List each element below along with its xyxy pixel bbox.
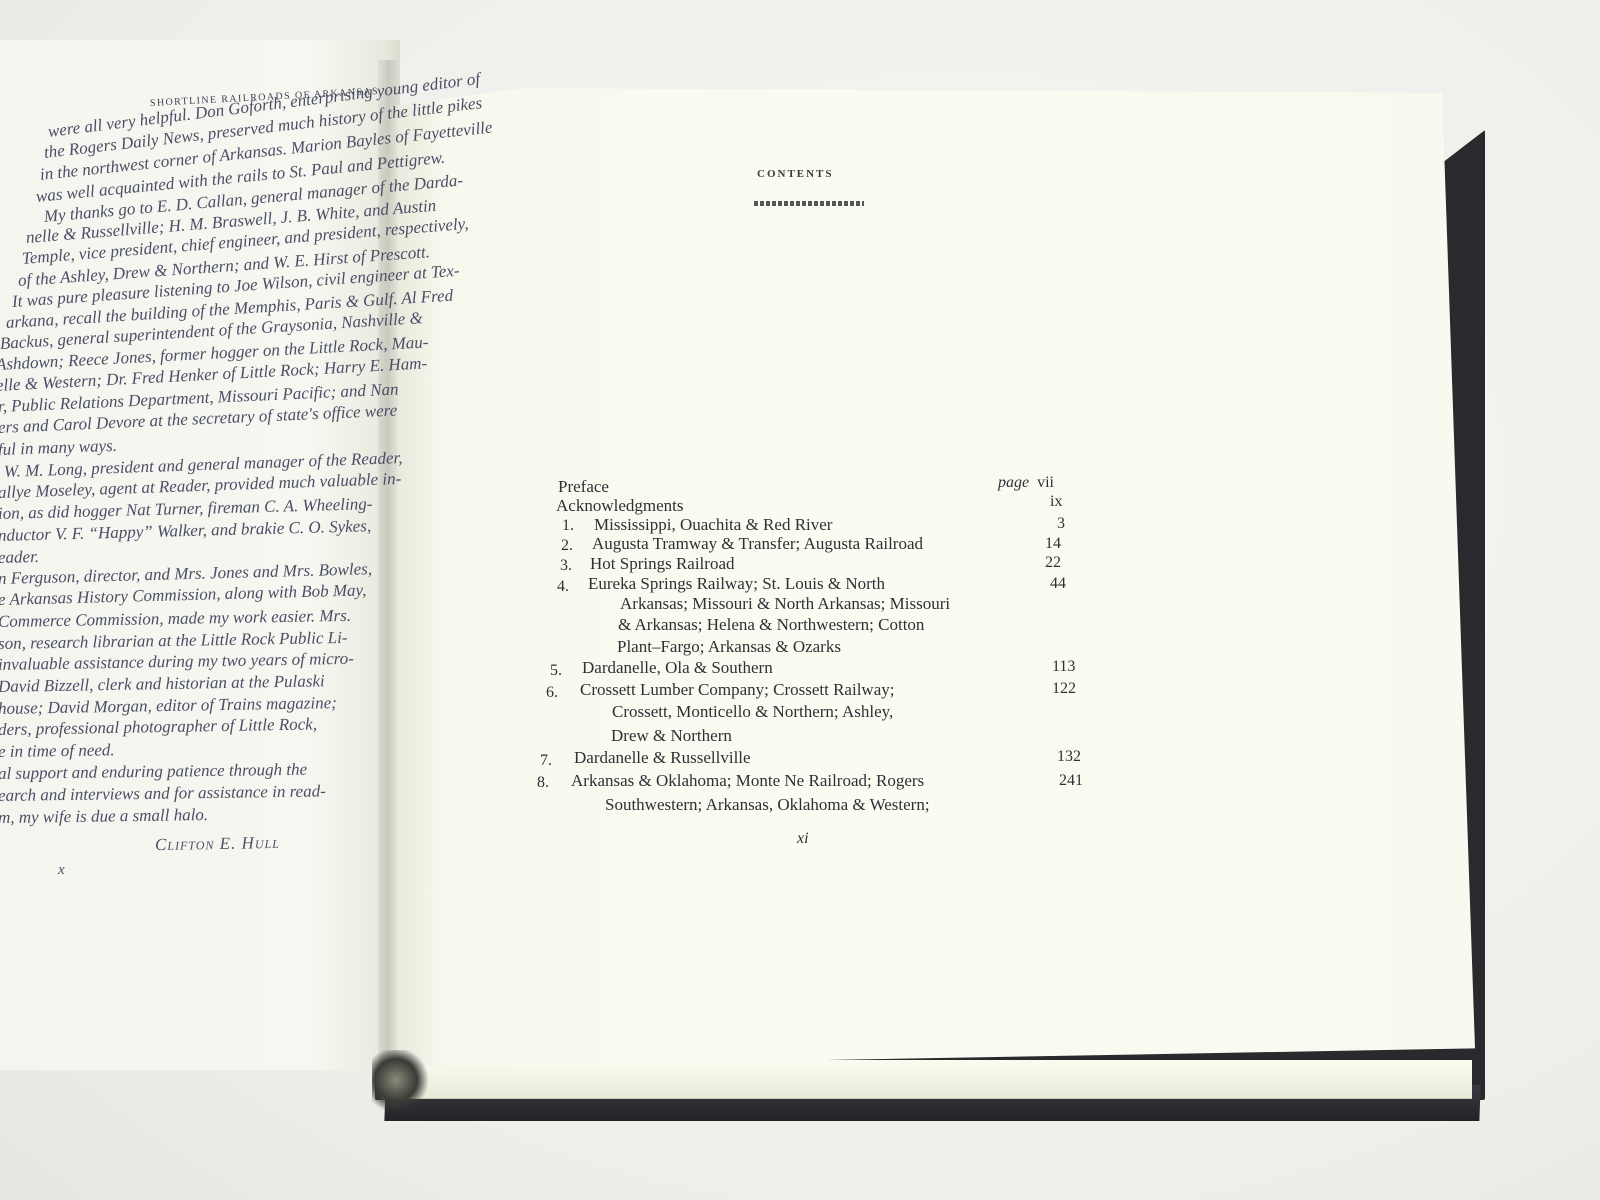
toc-entry-chapter-6-cont: Drew & Northern	[611, 726, 732, 746]
toc-entry-chapter-5: Dardanelle, Ola & Southern	[582, 658, 773, 678]
contents-heading: CONTENTS	[757, 168, 834, 180]
left-page-number: x	[58, 862, 65, 879]
chapter-number: 5.	[550, 662, 562, 680]
toc-page-chapter-1: 3	[1057, 515, 1065, 533]
toc-entry-chapter-4-cont: Arkansas; Missouri & North Arkansas; Mis…	[620, 594, 950, 614]
toc-page-chapter-2: 14	[1045, 535, 1061, 553]
toc-entry-preface: Preface	[558, 477, 609, 497]
chapter-number: 1.	[562, 517, 574, 535]
toc-page-chapter-4: 44	[1050, 575, 1066, 593]
toc-entry-chapter-8-cont: Southwestern; Arkansas, Oklahoma & Weste…	[605, 795, 930, 815]
toc-entry-chapter-1: Mississippi, Ouachita & Red River	[594, 515, 832, 535]
page-edges	[382, 1060, 1472, 1099]
chapter-number: 3.	[560, 557, 572, 575]
toc-page-chapter-3: 22	[1045, 554, 1061, 572]
right-page-number: xi	[797, 830, 809, 848]
toc-entry-chapter-7: Dardanelle & Russellville	[574, 748, 751, 768]
body-line: earch and interviews and for assistance …	[0, 781, 326, 806]
body-line: m, my wife is due a small halo.	[0, 805, 208, 828]
toc-page-preface: pagevii	[998, 474, 1054, 492]
toc-page-chapter-7: 132	[1057, 748, 1081, 766]
toc-page-chapter-8: 241	[1059, 772, 1083, 790]
page-number: vii	[1037, 474, 1054, 491]
toc-page-chapter-5: 113	[1052, 658, 1075, 676]
body-line: eader.	[0, 547, 39, 568]
toc-entry-chapter-6: Crossett Lumber Company; Crossett Railwa…	[580, 680, 894, 700]
toc-entry-chapter-4-cont: Plant–Fargo; Arkansas & Ozarks	[617, 637, 841, 657]
body-line: e in time of need.	[0, 740, 115, 762]
toc-entry-chapter-2: Augusta Tramway & Transfer; Augusta Rail…	[592, 534, 923, 554]
body-line: ful in many ways.	[0, 436, 117, 460]
toc-page-acknowledgments: ix	[1050, 493, 1062, 511]
spine-wear	[372, 1050, 432, 1110]
chapter-number: 4.	[557, 578, 569, 596]
toc-entry-chapter-4: Eureka Springs Railway; St. Louis & Nort…	[588, 574, 885, 594]
chapter-number: 6.	[546, 684, 558, 702]
left-page-text: Shortline Railroads of Arkansas were all…	[0, 0, 480, 900]
body-line: ders, professional photographer of Littl…	[0, 714, 317, 740]
body-line: al support and enduring patience through…	[0, 760, 307, 784]
chapter-number: 2.	[561, 537, 573, 555]
toc-entry-chapter-3: Hot Springs Railroad	[590, 554, 735, 574]
page-prefix: page	[998, 474, 1029, 491]
toc-entry-acknowledgments: Acknowledgments	[556, 496, 683, 516]
toc-entry-chapter-6-cont: Crossett, Monticello & Northern; Ashley,	[612, 702, 893, 722]
toc-entry-chapter-8: Arkansas & Oklahoma; Monte Ne Railroad; …	[571, 771, 924, 791]
toc-entry-chapter-4-cont: & Arkansas; Helena & Northwestern; Cotto…	[618, 615, 924, 635]
toc-page-chapter-6: 122	[1052, 680, 1076, 698]
right-page	[380, 88, 1475, 1068]
chapter-number: 7.	[540, 752, 552, 770]
decorative-rule	[754, 201, 864, 206]
author-signature: Clifton E. Hull	[155, 833, 280, 855]
chapter-number: 8.	[537, 774, 549, 792]
